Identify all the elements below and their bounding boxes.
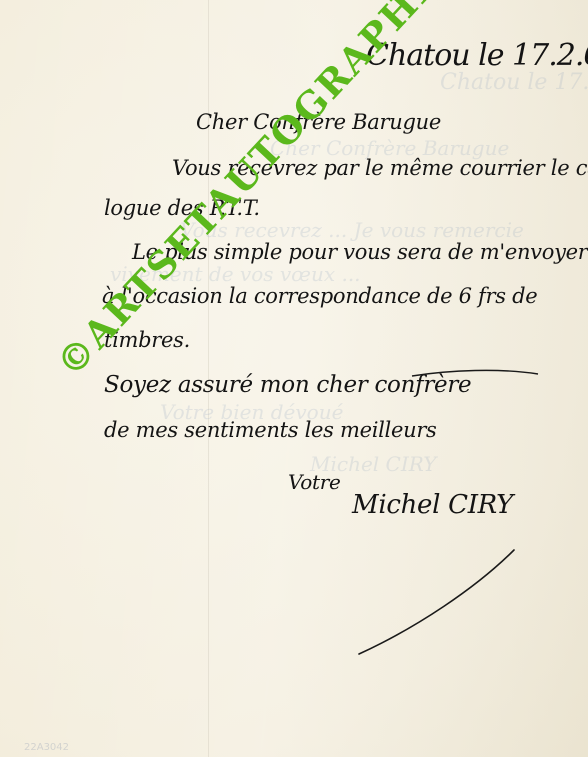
archive-stamp: 22A3042 — [24, 742, 69, 753]
signature: Michel CIRY — [352, 490, 513, 520]
body-line-7: de mes sentiments les meilleurs — [104, 418, 437, 442]
pen-stroke — [410, 362, 540, 382]
bleed-through-line: Chatou le 17.2.64 — [440, 70, 588, 95]
signature-flourish-stroke — [356, 548, 516, 656]
closing: Votre — [288, 470, 341, 494]
place-and-date: Chatou le 17.2.64 — [366, 38, 588, 73]
